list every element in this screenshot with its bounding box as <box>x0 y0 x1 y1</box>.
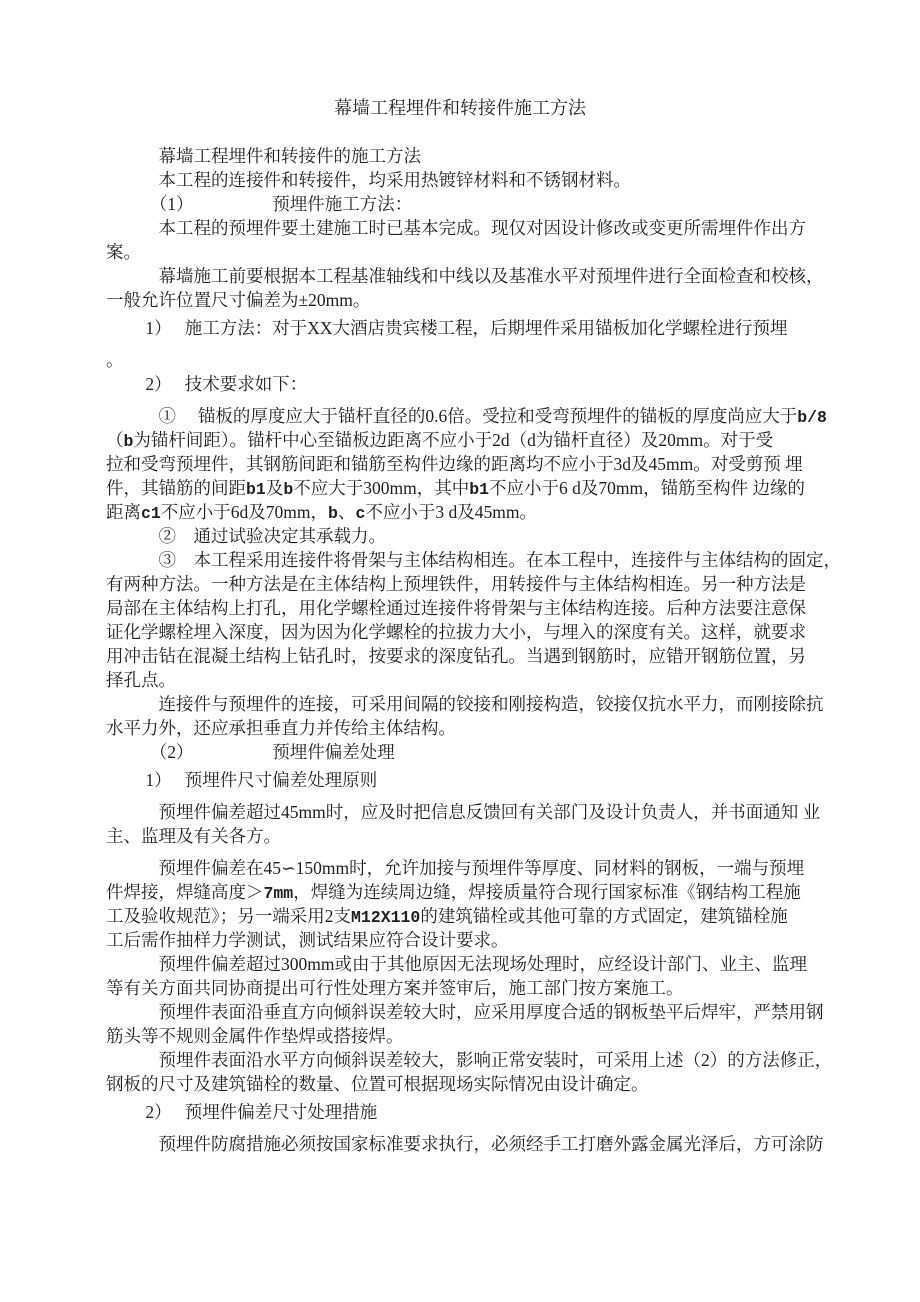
text: ① 锚板的厚度应大于锚杆直径的0.6倍。受拉和受弯预埋件的锚板的厚度尚应大于 <box>106 406 797 426</box>
text-line: 2） 技术要求如下： <box>106 372 866 396</box>
bold-text: b1 <box>246 480 266 499</box>
bold-text: M12X110 <box>351 908 420 927</box>
text-line: 预埋件偏差超过300mm或由于其他原因无法现场处理时，应经设计部门、业主、监理 <box>106 952 866 976</box>
text: 局部在主体结构上打孔，用化学螺栓通过连接件将骨架与主体结构连接。后种方法要注意保 <box>106 598 806 618</box>
bold-text: b1 <box>469 480 489 499</box>
text-line: ③ 本工程采用连接件将骨架与主体结构相连。在本工程中，连接件与主体结构的固定， <box>106 548 866 572</box>
text-line: 1） 预埋件尺寸偏差处理原则 <box>106 768 866 792</box>
text-line: 。 <box>106 348 866 372</box>
text-line: 距离c1不应小于6d及70mm，b、c不应小于3 d及45mm。 <box>106 500 866 524</box>
text: 预埋件偏差超过300mm或由于其他原因无法现场处理时，应经设计部门、业主、监理 <box>106 954 807 974</box>
text: 不应小于6 d及70mm，锚筋至构件 边缘的 <box>489 478 805 498</box>
text-line: 1） 施工方法：对于XX大酒店贵宾楼工程，后期埋件采用锚板加化学螺栓进行预埋 <box>106 316 866 340</box>
text: 预埋件偏差在45∽150mm时，允许加接与预埋件等厚度、同材料的钢板，一端与预埋 <box>106 858 804 878</box>
text-line: 拉和受弯预埋件，其钢筋间距和锚筋至构件边缘的距离均不应小于3d及45mm。对受剪… <box>106 452 866 476</box>
text: 证化学螺栓埋入深度，因为因为化学螺栓的拉拔力大小，与埋入的深度有关。这样，就要求 <box>106 622 806 642</box>
text: （2） 预埋件偏差处理 <box>106 742 395 762</box>
text-line: 连接件与预埋件的连接，可采用间隔的铰接和刚接构造，铰接仅抗水平力，而刚接除抗 <box>106 692 866 716</box>
text: 距离 <box>106 502 141 522</box>
bold-text: c <box>355 504 365 523</box>
text: 拉和受弯预埋件，其钢筋间距和锚筋至构件边缘的距离均不应小于3d及45mm。对受剪… <box>106 454 803 474</box>
text: 为锚杆间距）。锚杆中心至锚板边距离不应小于2d（d为锚杆直径）及20mm。对于受 <box>133 430 773 450</box>
text-line: 用冲击钻在混凝土结构上钻孔时，按要求的深度钻孔。当遇到钢筋时，应错开钢筋位置，另 <box>106 644 866 668</box>
text: 2） 技术要求如下： <box>106 374 307 394</box>
text-line: 件焊接，焊缝高度＞7mm，焊缝为连续周边缝，焊接质量符合现行国家标准《钢结构工程… <box>106 880 866 904</box>
text: 钢板的尺寸及建筑锚栓的数量、位置可根据现场实际情况由设计确定。 <box>106 1074 649 1094</box>
text: 预埋件防腐措施必须按国家标准要求执行，必须经手工打磨外露金属光泽后，方可涂防 <box>106 1134 824 1154</box>
text: 、 <box>338 502 356 522</box>
text-line: 本工程的预埋件要土建施工时已基本完成。现仅对因设计修改或变更所需埋件作出方 <box>106 216 866 240</box>
text: ，焊缝为连续周边缝，焊接质量符合现行国家标准《钢结构工程施 <box>293 882 801 902</box>
text-line: 工及验收规范》；另一端采用2支M12X110的建筑锚栓或其他可靠的方式固定，建筑… <box>106 904 866 928</box>
text: 用冲击钻在混凝土结构上钻孔时，按要求的深度钻孔。当遇到钢筋时，应错开钢筋位置，另 <box>106 646 806 666</box>
text: （1） 预埋件施工方法： <box>106 194 412 214</box>
text-line: 有两种方法。一种方法是在主体结构上预埋铁件，用转接件与主体结构相连。另一种方法是 <box>106 572 866 596</box>
bold-text: b/8 <box>797 408 827 427</box>
text-line: 筋头等不规则金属件作垫焊或搭接焊。 <box>106 1024 866 1048</box>
text-line: 幕墙工程埋件和转接件的施工方法 <box>106 144 866 168</box>
text: 不应大于300mm，其中 <box>293 478 469 498</box>
text: 不应小于3 d及45mm。 <box>365 502 537 522</box>
text-line: 预埋件偏差在45∽150mm时，允许加接与预埋件等厚度、同材料的钢板，一端与预埋 <box>106 856 866 880</box>
bold-text: b <box>283 480 293 499</box>
text-line: 证化学螺栓埋入深度，因为因为化学螺栓的拉拔力大小，与埋入的深度有关。这样，就要求 <box>106 620 866 644</box>
text: 件，其锚筋的间距 <box>106 478 246 498</box>
document-title: 幕墙工程埋件和转接件施工方法 <box>0 96 920 120</box>
text-line: 水平力外，还应承担垂直力并传给主体结构。 <box>106 716 866 740</box>
text: 2） 预埋件偏差尺寸处理措施 <box>106 1102 377 1122</box>
text-line: 2） 预埋件偏差尺寸处理措施 <box>106 1100 866 1124</box>
text: 筋头等不规则金属件作垫焊或搭接焊。 <box>106 1026 404 1046</box>
text-line: 预埋件表面沿水平方向倾斜误差较大，影响正常安装时，可采用上述（2）的方法修正， <box>106 1048 866 1072</box>
bold-text: b <box>328 504 338 523</box>
text: 不应小于6d及70mm， <box>161 502 328 522</box>
text-line: 局部在主体结构上打孔，用化学螺栓通过连接件将骨架与主体结构连接。后种方法要注意保 <box>106 596 866 620</box>
text: 幕墙施工前要根据本工程基准轴线和中线以及基准水平对预埋件进行全面检查和校核， <box>106 266 824 286</box>
text-line: 工后需作抽样力学测试，测试结果应符合设计要求。 <box>106 928 866 952</box>
text: ③ 本工程采用连接件将骨架与主体结构相连。在本工程中，连接件与主体结构的固定， <box>106 550 841 570</box>
text: 连接件与预埋件的连接，可采用间隔的铰接和刚接构造，铰接仅抗水平力，而刚接除抗 <box>106 694 824 714</box>
bold-text: c1 <box>141 504 161 523</box>
text: 主、监理及有关各方。 <box>106 826 281 846</box>
text: 本工程的预埋件要土建施工时已基本完成。现仅对因设计修改或变更所需埋件作出方 <box>106 218 806 238</box>
text-line: 主、监理及有关各方。 <box>106 824 866 848</box>
text: 有两种方法。一种方法是在主体结构上预埋铁件，用转接件与主体结构相连。另一种方法是 <box>106 574 806 594</box>
text-line: 件，其锚筋的间距b1及b不应大于300mm，其中b1不应小于6 d及70mm，锚… <box>106 476 866 500</box>
text: 幕墙工程埋件和转接件的施工方法 <box>106 146 421 166</box>
text: 1） 施工方法：对于XX大酒店贵宾楼工程，后期埋件采用锚板加化学螺栓进行预埋 <box>106 318 788 338</box>
text: 的建筑锚栓或其他可靠的方式固定，建筑锚栓施 <box>420 906 788 926</box>
text-line: 预埋件表面沿垂直方向倾斜误差较大时，应采用厚度合适的钢板垫平后焊牢，严禁用钢 <box>106 1000 866 1024</box>
text: 预埋件表面沿水平方向倾斜误差较大，影响正常安装时，可采用上述（2）的方法修正， <box>106 1050 832 1070</box>
text-line: 案。 <box>106 240 866 264</box>
text-line: （1） 预埋件施工方法： <box>106 192 866 216</box>
text: 择孔点。 <box>106 670 176 690</box>
text-line: 钢板的尺寸及建筑锚栓的数量、位置可根据现场实际情况由设计确定。 <box>106 1072 866 1096</box>
text-line: 本工程的连接件和转接件，均采用热镀锌材料和不锈钢材料。 <box>106 168 866 192</box>
text: 件焊接，焊缝高度＞ <box>106 882 264 902</box>
text-line: 一般允许位置尺寸偏差为±20mm。 <box>106 288 866 312</box>
text-line: 等有关方面共同协商提出可行性处理方案并签审后，施工部门按方案施工。 <box>106 976 866 1000</box>
text-line: 预埋件偏差超过45mm时，应及时把信息反馈回有关部门及设计负责人，并书面通知 业 <box>106 800 866 824</box>
text: 预埋件表面沿垂直方向倾斜误差较大时，应采用厚度合适的钢板垫平后焊牢，严禁用钢 <box>106 1002 824 1022</box>
text: 等有关方面共同协商提出可行性处理方案并签审后，施工部门按方案施工。 <box>106 978 684 998</box>
text-line: ① 锚板的厚度应大于锚杆直径的0.6倍。受拉和受弯预埋件的锚板的厚度尚应大于b/… <box>106 404 866 428</box>
text: 案。 <box>106 242 141 262</box>
text-line: （2） 预埋件偏差处理 <box>106 740 866 764</box>
text: 水平力外，还应承担垂直力并传给主体结构。 <box>106 718 456 738</box>
text: ② 通过试验决定其承载力。 <box>106 526 386 546</box>
text-line: （b为锚杆间距）。锚杆中心至锚板边距离不应小于2d（d为锚杆直径）及20mm。对… <box>106 428 866 452</box>
text: 。 <box>106 350 124 370</box>
text-line: 预埋件防腐措施必须按国家标准要求执行，必须经手工打磨外露金属光泽后，方可涂防 <box>106 1132 866 1156</box>
text-line: 择孔点。 <box>106 668 866 692</box>
text-line: ② 通过试验决定其承载力。 <box>106 524 866 548</box>
text: 一般允许位置尺寸偏差为±20mm。 <box>106 290 370 310</box>
text: 1） 预埋件尺寸偏差处理原则 <box>106 770 377 790</box>
document-page: 幕墙工程埋件和转接件施工方法 幕墙工程埋件和转接件的施工方法 本工程的连接件和转… <box>0 0 920 1302</box>
bold-text: 7mm <box>264 884 294 903</box>
text-line: 幕墙施工前要根据本工程基准轴线和中线以及基准水平对预埋件进行全面检查和校核， <box>106 264 866 288</box>
text: 及 <box>266 478 284 498</box>
text: 预埋件偏差超过45mm时，应及时把信息反馈回有关部门及设计负责人，并书面通知 业 <box>106 802 820 822</box>
document-body: 幕墙工程埋件和转接件的施工方法 本工程的连接件和转接件，均采用热镀锌材料和不锈钢… <box>106 144 866 1156</box>
text: 工及验收规范》；另一端采用2支 <box>106 906 351 926</box>
bold-text: b <box>124 432 134 451</box>
text: （ <box>106 430 124 450</box>
text: 本工程的连接件和转接件，均采用热镀锌材料和不锈钢材料。 <box>106 170 631 190</box>
text: 工后需作抽样力学测试，测试结果应符合设计要求。 <box>106 930 509 950</box>
